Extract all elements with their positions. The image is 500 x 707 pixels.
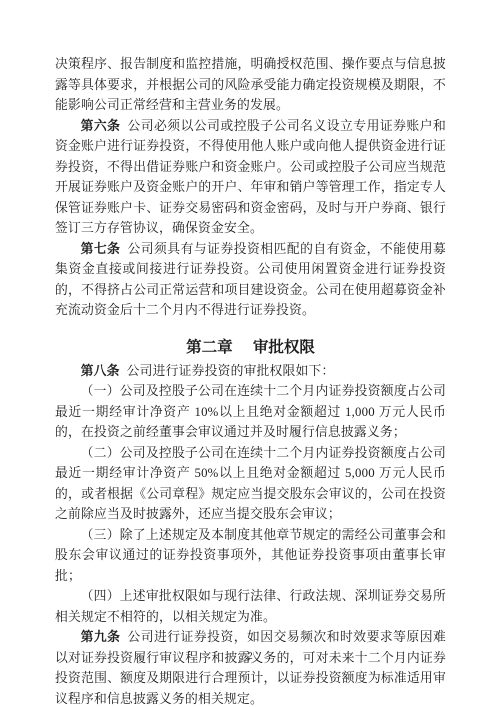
article-9-label: 第九条 xyxy=(81,630,121,644)
clause-1-text: （一）公司及控股子公司在连续十二个月内证券投资额度占公司最近一期经审计净资产 1… xyxy=(55,384,446,439)
paragraph-article-6: 第六条公司必须以公司或控股子公司名义设立专用证券账户和资金账户进行证券投资，不得… xyxy=(55,116,446,239)
paragraph-clause-4: （四）上述审批权限如与现行法律、行政法规、深圳证券交易所相关规定不相符的，以相关… xyxy=(55,586,446,627)
clause-2-text: （二）公司及控股子公司在连续十二个月内证券投资额度占公司最近一期经审计净资产 5… xyxy=(55,446,446,522)
paragraph-clause-1: （一）公司及控股子公司在连续十二个月内证券投资额度占公司最近一期经审计净资产 1… xyxy=(55,381,446,443)
article-8-text: 公司进行证券投资的审批权限如下： xyxy=(127,364,335,378)
chapter-number: 第二章 xyxy=(186,339,233,356)
article-6-text: 公司必须以公司或控股子公司名义设立专用证券账户和资金账户进行证券投资，不得使用他… xyxy=(55,119,446,236)
clause-4-text: （四）上述审批权限如与现行法律、行政法规、深圳证券交易所相关规定不相符的，以相关… xyxy=(55,589,446,624)
paragraph-continuation: 决策程序、报告制度和监控措施，明确授权范围、操作要点与信息披露等具体要求，并根据… xyxy=(55,54,446,116)
paragraph-continuation-text: 决策程序、报告制度和监控措施，明确授权范围、操作要点与信息披露等具体要求，并根据… xyxy=(55,57,446,112)
article-6-label: 第六条 xyxy=(81,119,121,133)
chapter-2-heading: 第二章审批权限 xyxy=(55,337,446,358)
paragraph-article-9: 第九条公司进行证券投资，如因交易频次和时效要求等原因难以对证券投资履行审议程序和… xyxy=(55,627,446,707)
page-number: 2 xyxy=(0,649,500,663)
clause-3-text: （三）除了上述规定及本制度其他章节规定的需经公司董事会和股东会审议通过的证券投资… xyxy=(55,528,446,583)
paragraph-article-7: 第七条公司须具有与证券投资相匹配的自有资金，不能使用募集资金直接或间接进行证券投… xyxy=(55,239,446,321)
paragraph-article-8: 第八条公司进行证券投资的审批权限如下： xyxy=(55,361,446,382)
chapter-title: 审批权限 xyxy=(253,339,315,356)
article-7-label: 第七条 xyxy=(81,242,121,256)
paragraph-clause-2: （二）公司及控股子公司在连续十二个月内证券投资额度占公司最近一期经审计净资产 5… xyxy=(55,443,446,525)
document-content: 决策程序、报告制度和监控措施，明确授权范围、操作要点与信息披露等具体要求，并根据… xyxy=(55,54,446,707)
document-page: 决策程序、报告制度和监控措施，明确授权范围、操作要点与信息披露等具体要求，并根据… xyxy=(0,0,500,707)
article-8-label: 第八条 xyxy=(81,364,120,378)
paragraph-clause-3: （三）除了上述规定及本制度其他章节规定的需经公司董事会和股东会审议通过的证券投资… xyxy=(55,525,446,587)
